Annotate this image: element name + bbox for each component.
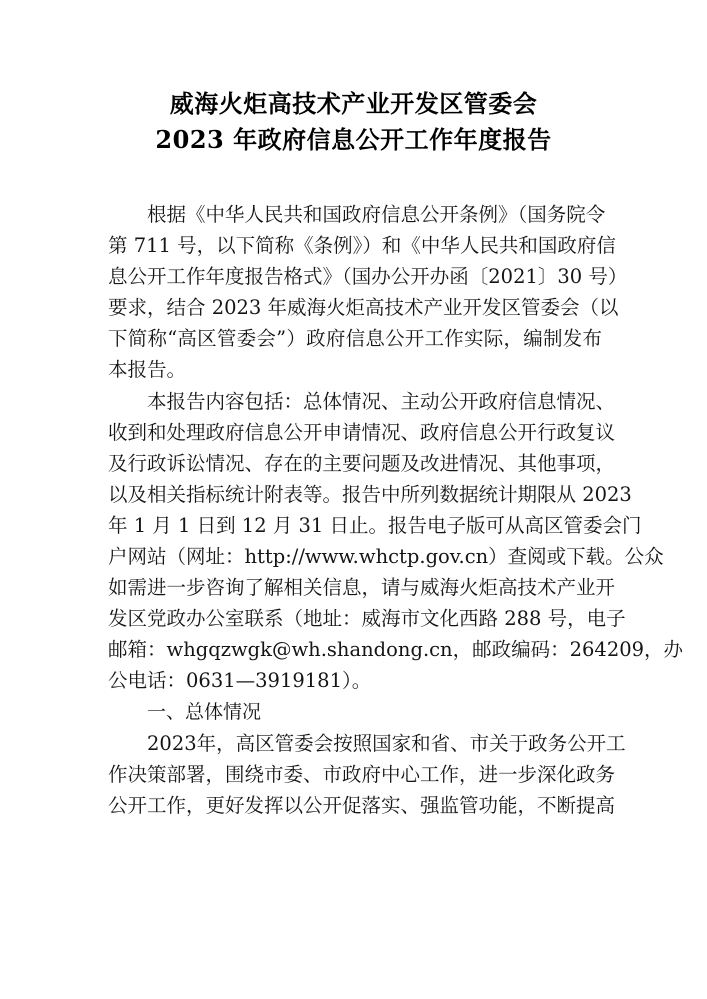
paragraph-intro: 根据《中华人民共和国政府信息公开条例》（国务院令 第 711 号，以下简称《条例… xyxy=(108,199,602,386)
text-line-website: 户网站（网址：http://www.whctp.gov.cn）查阅或下载。公众 xyxy=(108,541,602,572)
paragraph-overview: 2023年，高区管委会按照国家和省、市关于政务公开工 作决策部署，围绕市委、市政… xyxy=(108,728,602,821)
text-line: 收到和处理政府信息公开申请情况、政府信息公开行政复议 xyxy=(108,417,602,448)
text-line: 如需进一步咨询了解相关信息，请与威海火炬高技术产业开 xyxy=(108,572,602,603)
text-line-email: 邮箱：whgqzwgk@wh.shandong.cn，邮政编码：264209，办 xyxy=(108,634,602,665)
text-line-phone: 公电话：0631—3919181）。 xyxy=(108,665,602,696)
text-line: 第 711 号，以下简称《条例》）和《中华人民共和国政府信 xyxy=(108,230,602,261)
document-page: 威海火炬高技术产业开发区管委会 2023 年政府信息公开工作年度报告 根据《中华… xyxy=(0,0,707,999)
text-line: 要求，结合 2023 年威海火炬高技术产业开发区管委会（以 xyxy=(108,292,602,323)
title-line-1: 威海火炬高技术产业开发区管委会 xyxy=(0,86,707,122)
document-body: 根据《中华人民共和国政府信息公开条例》（国务院令 第 711 号，以下简称《条例… xyxy=(108,199,602,821)
text-line: 作决策部署，围绕市委、市政府中心工作，进一步深化政务 xyxy=(108,759,602,790)
text-line: 及行政诉讼情况、存在的主要问题及改进情况、其他事项， xyxy=(108,448,602,479)
text-line-address: 发区党政办公室联系（地址：威海市文化西路 288 号，电子 xyxy=(108,603,602,634)
text-line: 以及相关指标统计附表等。报告中所列数据统计期限从 2023 xyxy=(108,479,602,510)
text-line: 本报告内容包括：总体情况、主动公开政府信息情况、 xyxy=(108,386,602,417)
text-line: 2023年，高区管委会按照国家和省、市关于政务公开工 xyxy=(108,728,602,759)
text-line: 根据《中华人民共和国政府信息公开条例》（国务院令 xyxy=(108,199,602,230)
text-line: 息公开工作年度报告格式》（国办公开办函〔2021〕30 号） xyxy=(108,261,602,292)
text-line: 公开工作，更好发挥以公开促落实、强监管功能，不断提高 xyxy=(108,790,602,821)
section-heading-overview: 一、总体情况 xyxy=(108,697,602,728)
text-line: 下简称“高区管委会”）政府信息公开工作实际，编制发布 xyxy=(108,323,602,354)
text-line: 年 1 月 1 日到 12 月 31 日止。报告电子版可从高区管委会门 xyxy=(108,510,602,541)
paragraph-contents: 本报告内容包括：总体情况、主动公开政府信息情况、 收到和处理政府信息公开申请情况… xyxy=(108,386,602,697)
document-title: 威海火炬高技术产业开发区管委会 2023 年政府信息公开工作年度报告 xyxy=(0,86,707,158)
text-line: 本报告。 xyxy=(108,354,602,385)
title-line-2: 2023 年政府信息公开工作年度报告 xyxy=(0,122,707,158)
